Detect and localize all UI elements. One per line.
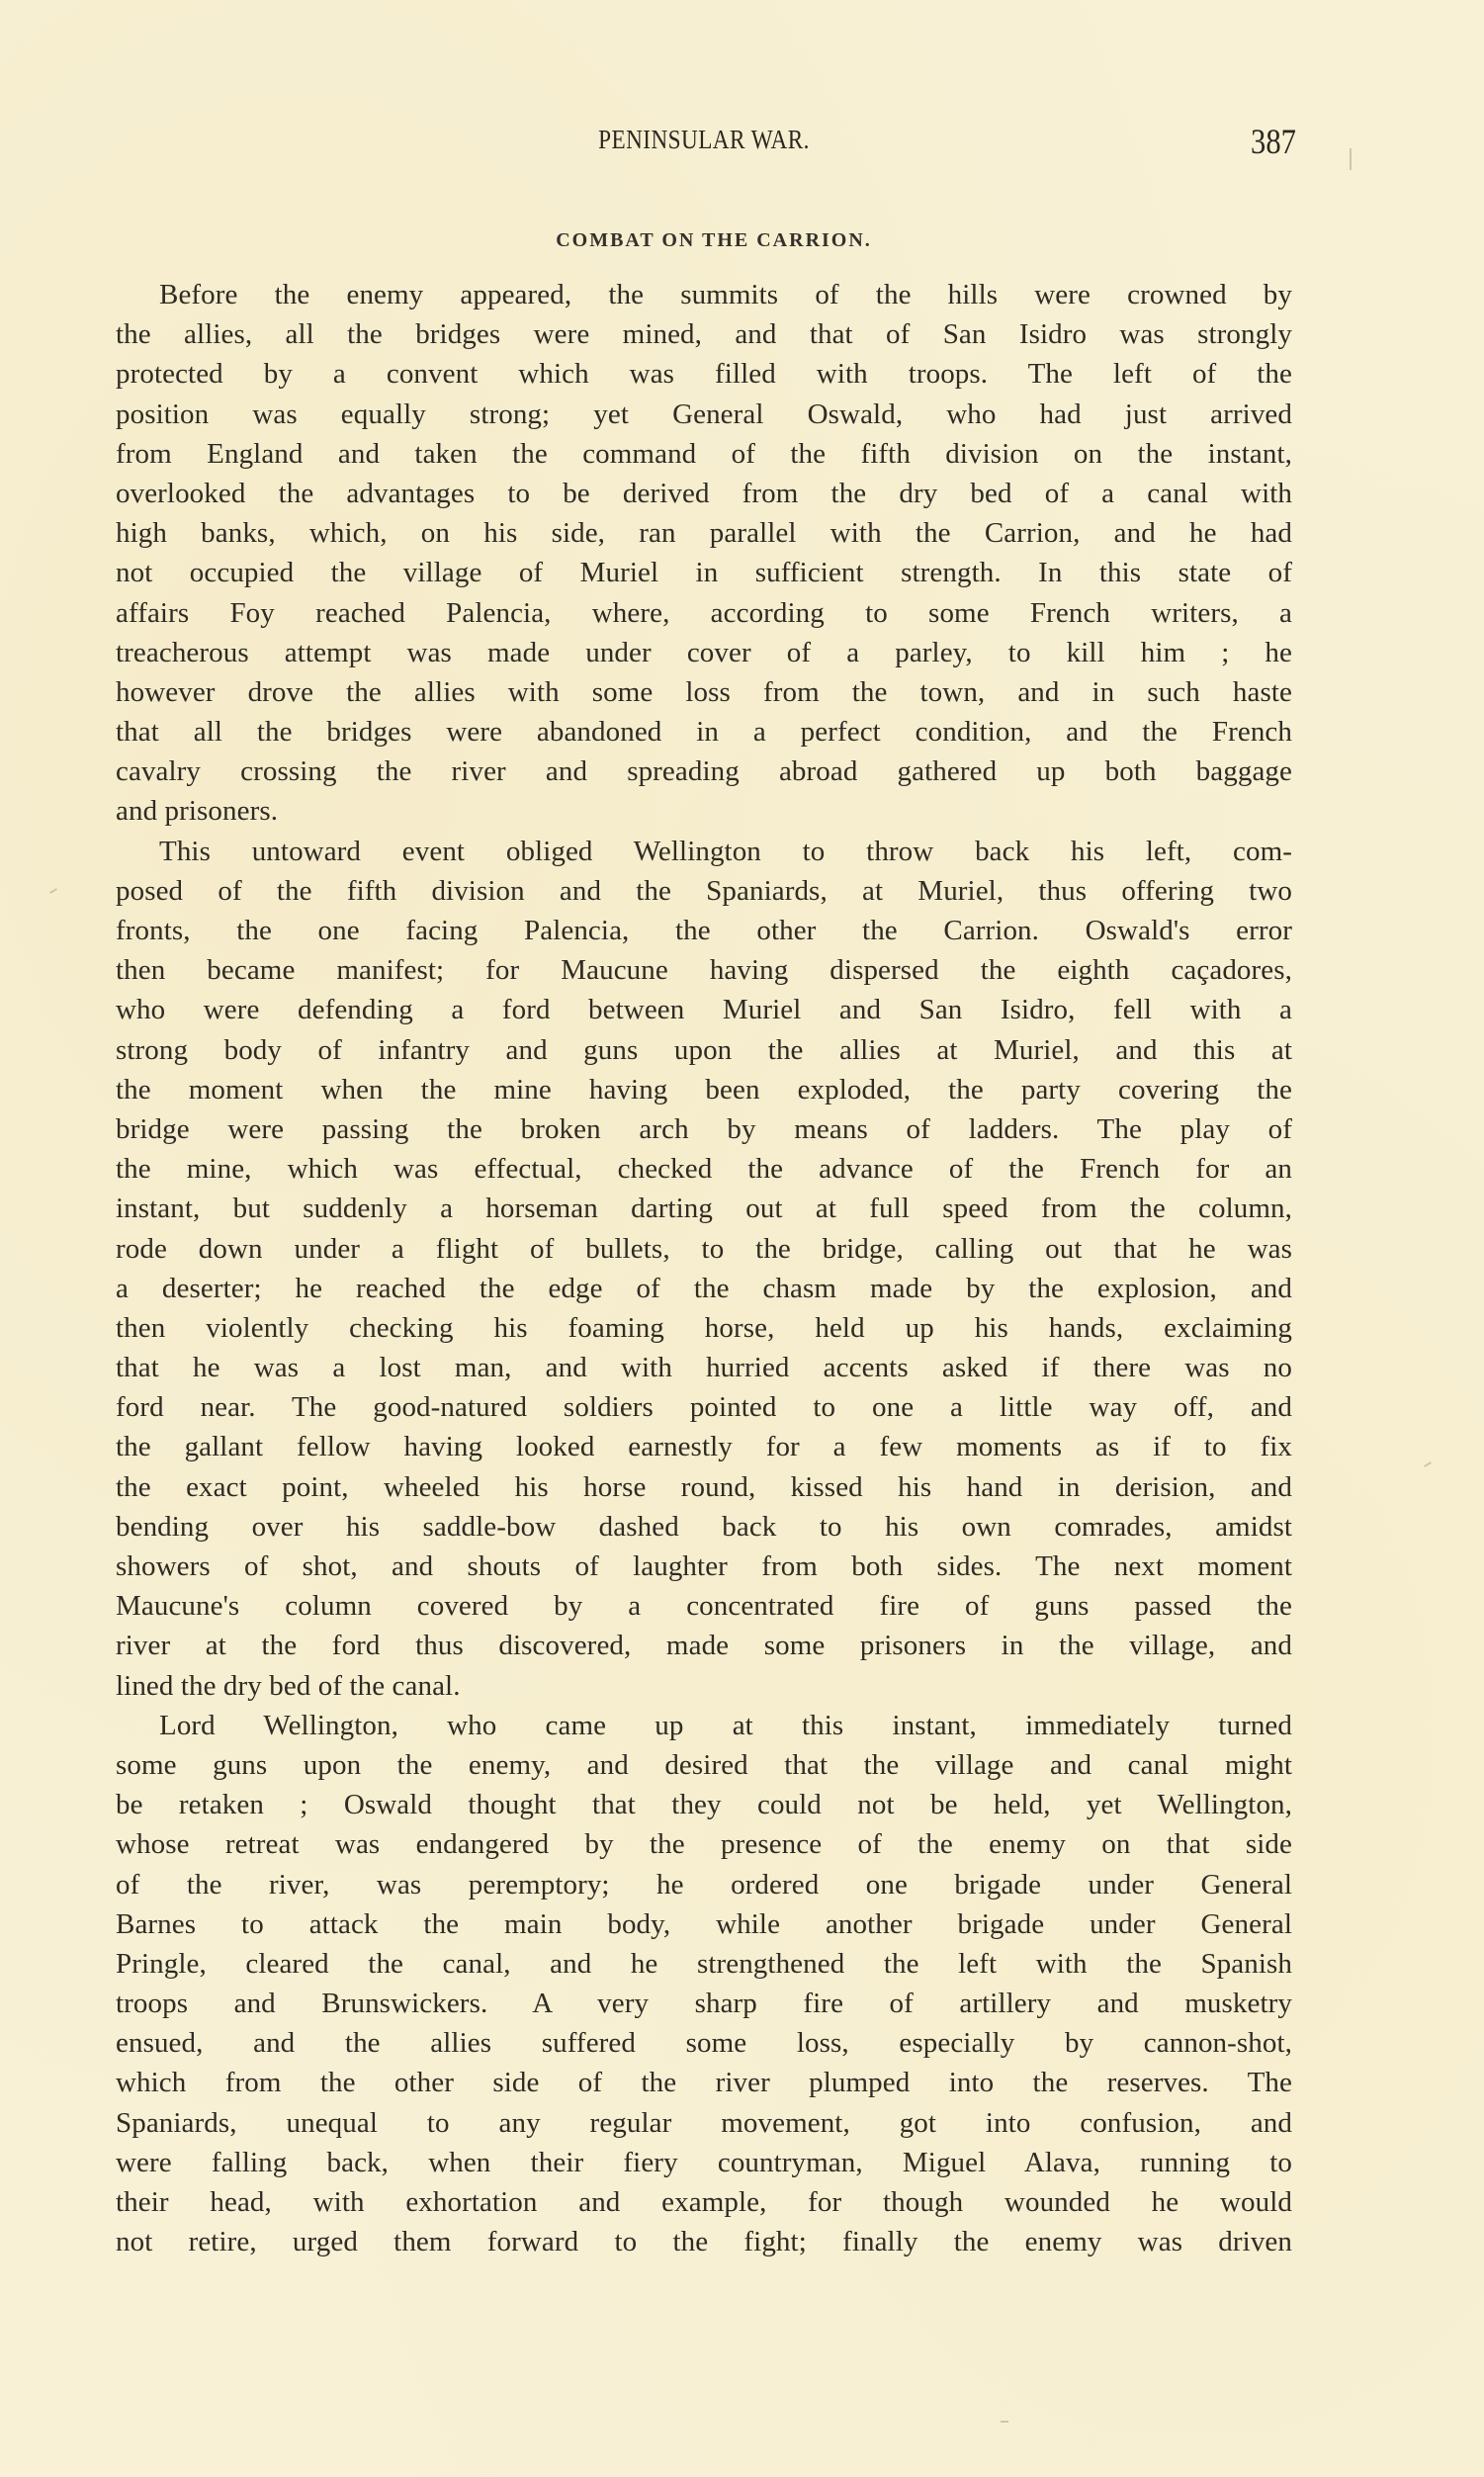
text-line: not retire, urged them forward to the fi… [116,2222,1292,2261]
margin-mark [1350,148,1352,170]
text-line: Maucune's column covered by a concentrat… [116,1586,1292,1626]
text-line: position was equally strong; yet General… [116,395,1292,434]
text-line: who were defending a ford between Muriel… [116,990,1292,1029]
text-line: instant, but suddenly a horseman darting… [116,1189,1292,1228]
margin-mark [1424,1461,1432,1467]
text-line: overlooked the advantages to be derived … [116,474,1292,513]
text-line: Before the enemy appeared, the summits o… [116,275,1292,314]
text-line: Spaniards, unequal to any regular moveme… [116,2103,1292,2143]
text-line: ford near. The good-natured soldiers poi… [116,1387,1292,1427]
text-line: treacherous attempt was made under cover… [116,633,1292,672]
section-title: COMBAT ON THE CARRION. [116,229,1292,252]
text-line: then violently checking his foaming hors… [116,1308,1292,1348]
running-head: PENINSULAR WAR. 387 [116,119,1292,162]
text-line: the moment when the mine having been exp… [116,1070,1292,1109]
text-line: cavalry crossing the river and spreading… [116,752,1292,791]
text-line: the exact point, wheeled his horse round… [116,1467,1292,1507]
text-line: troops and Brunswickers. A very sharp fi… [116,1984,1292,2023]
text-line: and prisoners. [116,791,1292,831]
text-line: the gallant fellow having looked earnest… [116,1427,1292,1466]
text-line: rode down under a flight of bullets, to … [116,1229,1292,1269]
text-line: a deserter; he reached the edge of the c… [116,1269,1292,1308]
text-line: the mine, which was effectual, checked t… [116,1149,1292,1189]
margin-mark [49,888,57,894]
page-number: 387 [1251,121,1296,162]
text-line: strong body of infantry and guns upon th… [116,1030,1292,1070]
text-line: lined the dry bed of the canal. [116,1666,1292,1706]
margin-mark [1001,2421,1008,2423]
text-line: bridge were passing the broken arch by m… [116,1109,1292,1149]
text-line: not occupied the village of Muriel in su… [116,553,1292,592]
text-line: Lord Wellington, who came up at this ins… [116,1706,1292,1745]
text-line: the allies, all the bridges were mined, … [116,314,1292,354]
text-line: that all the bridges were abandoned in a… [116,712,1292,752]
text-line: from England and taken the command of th… [116,434,1292,474]
text-line: river at the ford thus discovered, made … [116,1626,1292,1665]
text-line: be retaken ; Oswald thought that they co… [116,1785,1292,1824]
text-line: ensued, and the allies suffered some los… [116,2023,1292,2063]
text-line: some guns upon the enemy, and desired th… [116,1745,1292,1785]
text-line: then became manifest; for Maucune having… [116,950,1292,990]
text-line: of the river, was peremptory; he ordered… [116,1865,1292,1904]
text-line: protected by a convent which was filled … [116,354,1292,394]
text-line: bending over his saddle-bow dashed back … [116,1507,1292,1547]
paragraph: Lord Wellington, who came up at this ins… [116,1706,1292,2262]
text-line: showers of shot, and shouts of laughter … [116,1547,1292,1586]
text-line: were falling back, when their fiery coun… [116,2143,1292,2182]
text-line: that he was a lost man, and with hurried… [116,1348,1292,1387]
text-line: affairs Foy reached Palencia, where, acc… [116,593,1292,633]
text-line: which from the other side of the river p… [116,2063,1292,2102]
paragraph: This untoward event obliged Wellington t… [116,832,1292,1706]
text-line: Barnes to attack the main body, while an… [116,1904,1292,1944]
running-title: PENINSULAR WAR. [198,125,1209,155]
text-line: posed of the fifth division and the Span… [116,871,1292,911]
text-line: high banks, which, on his side, ran para… [116,513,1292,553]
text-line: Pringle, cleared the canal, and he stren… [116,1944,1292,1984]
text-line: This untoward event obliged Wellington t… [116,832,1292,871]
text-line: their head, with exhortation and example… [116,2182,1292,2222]
text-line: fronts, the one facing Palencia, the oth… [116,911,1292,950]
book-page: PENINSULAR WAR. 387 COMBAT ON THE CARRIO… [0,0,1484,2477]
body-text: Before the enemy appeared, the summits o… [116,275,1292,2261]
paragraph: Before the enemy appeared, the summits o… [116,275,1292,832]
text-line: whose retreat was endangered by the pres… [116,1824,1292,1864]
text-line: however drove the allies with some loss … [116,672,1292,712]
